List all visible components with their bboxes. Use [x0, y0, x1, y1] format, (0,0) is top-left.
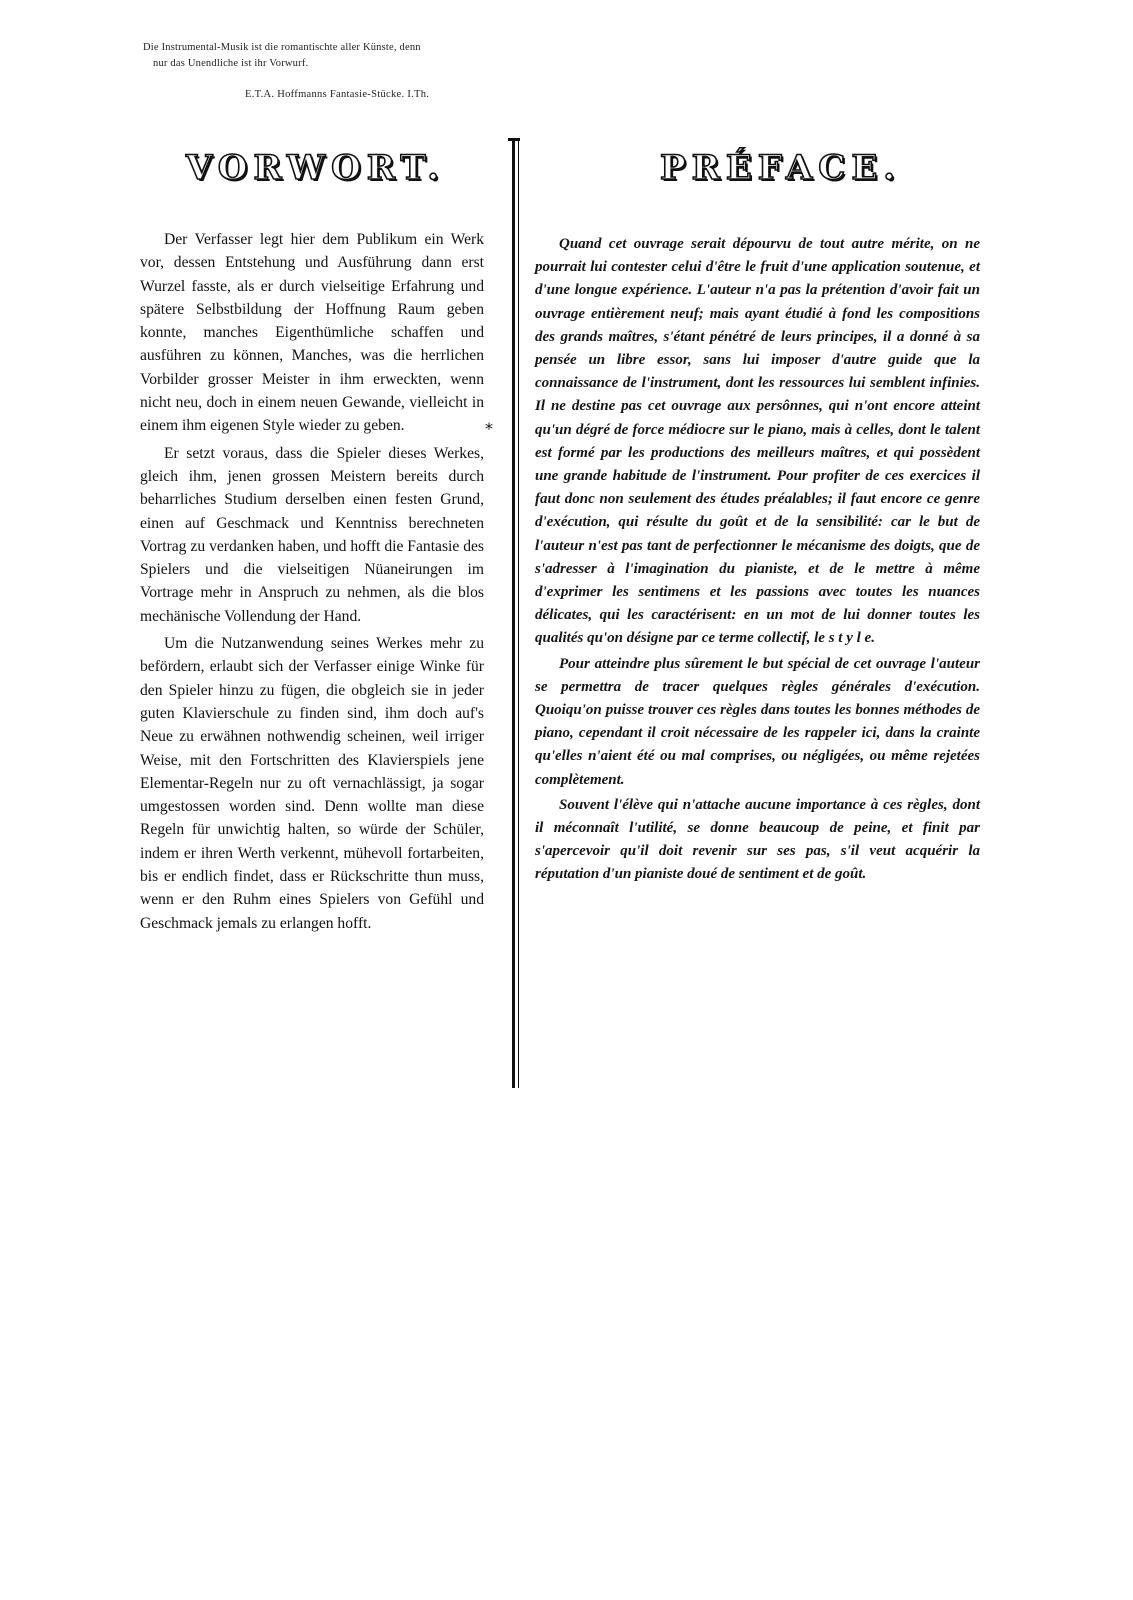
- german-paragraph-3: Um die Nutzanwendung seines Werkes mehr …: [140, 632, 484, 935]
- german-paragraph-2: Er setzt voraus, dass die Spieler dieses…: [140, 442, 484, 628]
- german-column: Der Verfasser legt hier dem Publikum ein…: [140, 228, 484, 935]
- french-paragraph-2: Pour atteindre plus sûrement le but spéc…: [535, 653, 980, 792]
- epigraph: Die Instrumental-Musik ist die romantisc…: [143, 40, 508, 72]
- german-heading: VORWORT.: [186, 148, 445, 188]
- french-paragraph-3: Souvent l'élève qui n'attache aucune imp…: [535, 794, 980, 887]
- french-heading: PRÉFACE.: [660, 148, 901, 188]
- french-column: Quand cet ouvrage serait dépourvu de tou…: [535, 233, 980, 887]
- footnote-asterisk-icon: *: [485, 419, 493, 438]
- epigraph-line-2: nur das Unendliche ist ihr Vorwurf.: [143, 56, 508, 72]
- epigraph-line-1: Die Instrumental-Musik ist die romantisc…: [143, 40, 508, 56]
- french-paragraph-1: Quand cet ouvrage serait dépourvu de tou…: [535, 233, 980, 651]
- german-paragraph-1: Der Verfasser legt hier dem Publikum ein…: [140, 228, 484, 438]
- column-divider: [512, 138, 515, 1088]
- epigraph-attribution: E.T.A. Hoffmanns Fantasie-Stücke. I.Th.: [245, 89, 429, 100]
